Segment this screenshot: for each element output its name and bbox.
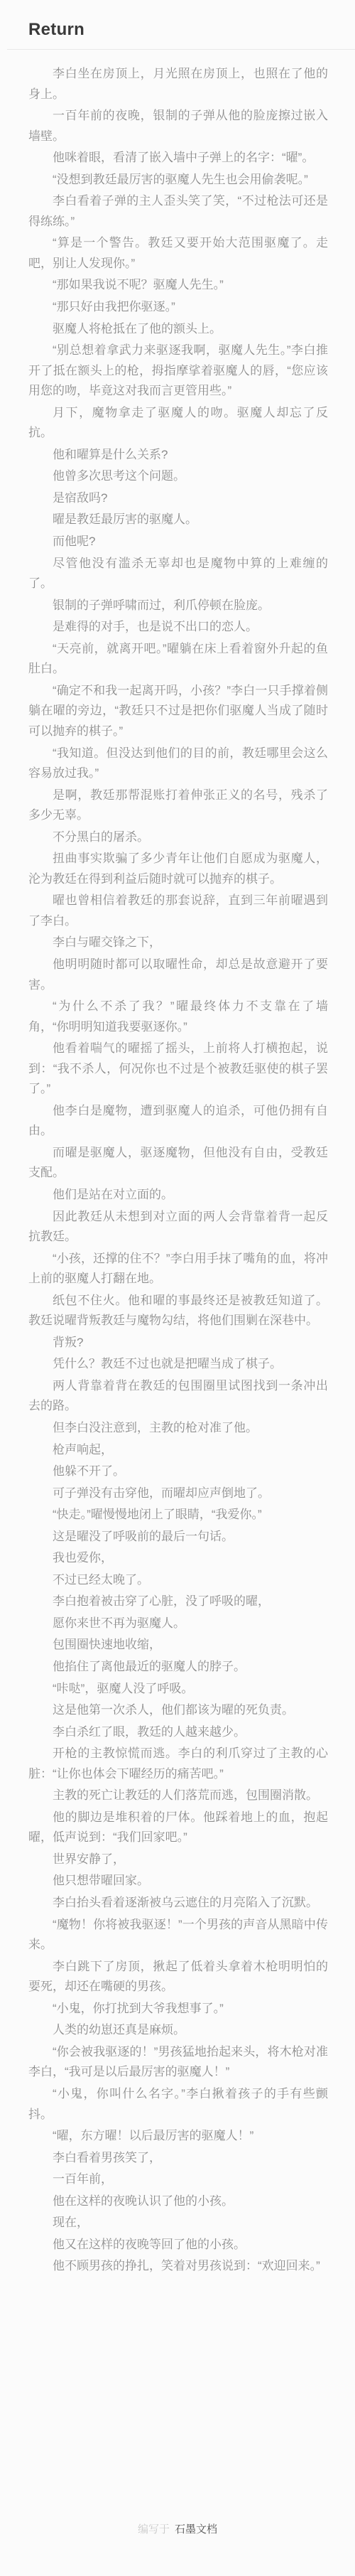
paragraph: “小鬼，你打扰到大爷我想事了。”	[28, 1999, 328, 2019]
paragraph: 李白看着男孩笑了，	[28, 2148, 328, 2169]
paragraph: 枪声响起，	[28, 1440, 328, 1461]
paragraph: 李白抬头看着逐渐被乌云遮住的月亮陷入了沉默。	[28, 1893, 328, 1914]
paragraph: “曜，东方曜！以后最厉害的驱魔人！”	[28, 2126, 328, 2147]
document-body: 李白坐在房顶上，月光照在房顶上，也照在了他的身上。一百年前的夜晚，银制的子弹从他…	[0, 50, 355, 2277]
paragraph: 李白抱着被击穿了心脏，没了呼吸的曜，	[28, 1592, 328, 1612]
paragraph: “小孩，还撑的住不？”李白用手抹了嘴角的血，将冲上前的驱魔人打翻在地。	[28, 1249, 328, 1289]
paragraph: “算是一个警告。教廷又要开始大范围驱魔了。走吧，别让人发现你。”	[28, 233, 328, 274]
paragraph: 背叛?	[28, 1333, 328, 1353]
paragraph: 两人背靠着背在教廷的包围圈里试图找到一条冲出去的路。	[28, 1376, 328, 1417]
paragraph: 可子弹没有击穿他，而曜却应声倒地了。	[28, 1483, 328, 1504]
paragraph: 他和曜算是什么关系?	[28, 445, 328, 466]
paragraph: 现在，	[28, 2213, 328, 2233]
document-title: Return	[0, 0, 355, 40]
paragraph: “魔物！你将被我驱逐！”一个男孩的声音从黑暗中传来。	[28, 1915, 328, 1955]
paragraph: 开枪的主教惊慌而逃。李白的利爪穿过了主教的心脏：“让你也体会下曜经历的痛苦吧。”	[28, 1744, 328, 1784]
document-page: Return 李白坐在房顶上，月光照在房顶上，也照在了他的身上。一百年前的夜晚，…	[0, 0, 355, 2277]
paragraph: 李白坐在房顶上，月光照在房顶上，也照在了他的身上。	[28, 64, 328, 104]
paragraph: 他明明随时都可以取曜性命，却总是故意避开了要害。	[28, 955, 328, 995]
paragraph: 人类的幼崽还真是麻烦。	[28, 2020, 328, 2041]
paragraph: 而曜是驱魔人，驱逐魔物，但他没有自由，受教廷支配。	[28, 1143, 328, 1184]
paragraph: 扭曲事实欺骗了多少青年让他们自愿成为驱魔人，沦为教廷在得到利益后随时就可以抛弃的…	[28, 849, 328, 889]
paragraph: 世界安静了，	[28, 1850, 328, 1870]
paragraph: 李白看着子弹的主人歪头笑了笑，“不过枪法可还是得练练。”	[28, 191, 328, 232]
paragraph: 他的脚边是堆积着的尸体。他踩着地上的血，抱起曜，低声说到：“我们回家吧。”	[28, 1808, 328, 1848]
paragraph: “你会被我驱逐的！”男孩猛地抬起来头，将木枪对准李白，“我可是以后最厉害的驱魔人…	[28, 2042, 328, 2083]
paragraph: “那如果我说不呢？驱魔人先生。”	[28, 275, 328, 296]
footer-written-in-label: 编写于	[138, 2523, 170, 2535]
paragraph: 不分黑白的屠杀。	[28, 827, 328, 848]
paragraph: 他在这样的夜晚认识了他的小孩。	[28, 2191, 328, 2212]
paragraph: 是啊，教廷那帮混账打着伸张正义的名号，残杀了多少无辜。	[28, 785, 328, 826]
paragraph: 尽管他没有滥杀无辜却也是魔物中算的上难缠的了。	[28, 554, 328, 594]
paragraph: 是宿敌吗?	[28, 488, 328, 509]
paragraph: “别总想着拿武力来驱逐我啊，驱魔人先生。”李白推开了抵在额头上的枪，拇指摩挲着驱…	[28, 340, 328, 402]
paragraph: 李白与曜交锋之下，	[28, 933, 328, 953]
paragraph: 他躲不开了。	[28, 1461, 328, 1482]
footer-brand-link[interactable]: 石墨文档	[175, 2523, 217, 2535]
paragraph: “小鬼，你叫什么名字。”李白揪着孩子的手有些颤抖。	[28, 2084, 328, 2125]
paragraph: 一百年前的夜晚，银制的子弹从他的脸庞擦过嵌入墙壁。	[28, 106, 328, 146]
paragraph: 一百年前，	[28, 2169, 328, 2190]
paragraph: 他掐住了离他最近的驱魔人的脖子。	[28, 1657, 328, 1678]
paragraph: “为什么不杀了我？”曜最终体力不支靠在了墙角，“你明明知道我要驱逐你。”	[28, 997, 328, 1037]
paragraph: “快走。”曜慢慢地闭上了眼睛，“我爱你。”	[28, 1505, 328, 1525]
paragraph: “我知道。但没达到他们的目的前，教廷哪里会这么容易放过我。”	[28, 744, 328, 784]
paragraph: 曜也曾相信着教廷的那套说辞，直到三年前曜遇到了李白。	[28, 891, 328, 931]
paragraph: “确定不和我一起离开吗，小孩？”李白一只手撑着侧躺在曜的旁边，“教廷只不过是把你…	[28, 681, 328, 742]
paragraph: 银制的子弹呼啸而过，利爪停顿在脸庞。	[28, 596, 328, 616]
paragraph: 他又在这样的夜晚等回了他的小孩。	[28, 2235, 328, 2255]
paragraph: “没想到教廷最厉害的驱魔人先生也会用偷袭呢。”	[28, 170, 328, 190]
paragraph: 月下，魔物拿走了驱魔人的吻。驱魔人却忘了反抗。	[28, 403, 328, 444]
paragraph: 他只想带曜回家。	[28, 1871, 328, 1891]
paragraph: 我也爱你，	[28, 1548, 328, 1569]
paragraph: “咔哒”，驱魔人没了呼吸。	[28, 1679, 328, 1700]
paragraph: 包围圈快速地收缩，	[28, 1635, 328, 1655]
paragraph: 他看着喘气的曜摇了摇头，上前将人打横抱起，说到：“我不杀人，何况你也不过是个被教…	[28, 1039, 328, 1100]
paragraph: 他们是站在对立面的。	[28, 1185, 328, 1206]
paragraph: 驱魔人将枪抵在了他的额头上。	[28, 319, 328, 340]
paragraph: 他不顾男孩的挣扎，笑着对男孩说到：“欢迎回来。”	[28, 2256, 328, 2277]
paragraph: 他李白是魔物，遭到驱魔人的追杀，可他仍拥有自由。	[28, 1101, 328, 1142]
paragraph: 他咪着眼，看清了嵌入墙中子弹上的名字：“曜”。	[28, 148, 328, 168]
paragraph: “那只好由我把你驱逐。”	[28, 297, 328, 318]
paragraph: 凭什么？教廷不过也就是把曜当成了棋子。	[28, 1354, 328, 1375]
document-footer: 编写于石墨文档	[0, 2522, 355, 2538]
paragraph: 他曾多次思考这个问题。	[28, 466, 328, 487]
paragraph: 但李白没注意到，主教的枪对准了他。	[28, 1418, 328, 1439]
paragraph: “天亮前，就离开吧。”曜躺在床上看着窗外升起的鱼肚白。	[28, 639, 328, 680]
paragraph: 这是曜没了呼吸前的最后一句话。	[28, 1527, 328, 1547]
paragraph: 不过已经太晚了。	[28, 1570, 328, 1591]
paragraph: 是难得的对手，也是说不出口的恋人。	[28, 617, 328, 638]
paragraph: 曜是教廷最厉害的驱魔人。	[28, 510, 328, 530]
paragraph: 李白跳下了房顶，揪起了低着头拿着木枪明明怕的要死，却还在嘴硬的男孩。	[28, 1957, 328, 1997]
paragraph: 李白杀红了眼，教廷的人越来越少。	[28, 1722, 328, 1743]
paragraph: 而他呢?	[28, 532, 328, 552]
paragraph: 愿你来世不再为驱魔人。	[28, 1614, 328, 1634]
paragraph: 这是他第一次杀人，他们都该为曜的死负责。	[28, 1700, 328, 1721]
paragraph: 因此教廷从未想到对立面的两人会背靠着背一起反抗教廷。	[28, 1207, 328, 1247]
paragraph: 纸包不住火。他和曜的事最终还是被教廷知道了。教廷说曜背叛教廷与魔物勾结，将他们围…	[28, 1291, 328, 1331]
paragraph: 主教的死亡让教廷的人们落荒而逃，包围圈消散。	[28, 1786, 328, 1806]
